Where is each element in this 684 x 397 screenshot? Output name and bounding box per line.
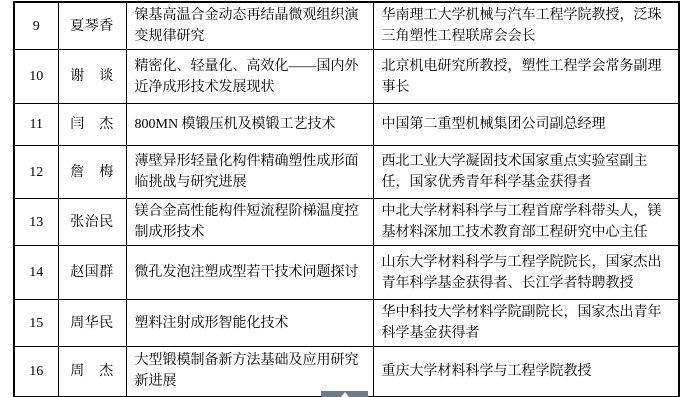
row-number-cell: 13 — [14, 199, 58, 246]
table-row: 13 张治民 镁合金高性能构件短流程阶梯温度控制成形技术 中北大学材料科学与工程… — [14, 199, 679, 246]
table-row: 14 赵国群 微孔发泡注塑成型若干技术问题探讨 山东大学材料科学与工程学院院长，… — [14, 246, 679, 300]
speaker-name-cell: 夏琴香 — [58, 2, 126, 50]
talk-title-cell: 微孔发泡注塑成型若干技术问题探讨 — [126, 246, 373, 300]
row-number-cell: 9 — [14, 2, 58, 50]
row-number-cell: 11 — [14, 104, 58, 146]
row-number-cell: 10 — [14, 50, 58, 104]
talk-title-cell: 800MN 模锻压机及模锻工艺技术 — [126, 104, 373, 146]
speakers-table-body: 9 夏琴香 镍基高温合金动态再结晶微观组织演变规律研究 华南理工大学机械与汽车工… — [14, 2, 679, 397]
row-number-cell: 12 — [14, 146, 58, 199]
talk-title-cell: 薄壁异形轻量化构件精确塑性成形面临挑战与研究进展 — [126, 146, 373, 199]
table-row: 11 闫 杰 800MN 模锻压机及模锻工艺技术 中国第二重型机械集团公司副总经… — [14, 104, 679, 146]
talk-title-cell: 镁合金高性能构件短流程阶梯温度控制成形技术 — [126, 199, 373, 246]
speaker-affiliation-cell: 西北工业大学凝固技术国家重点实验室副主任，国家优秀青年科学基金获得者 — [373, 146, 679, 199]
speaker-name-cell: 张治民 — [58, 199, 126, 246]
speaker-name-cell: 周 杰 — [58, 347, 126, 397]
talk-title-cell: 塑料注射成形智能化技术 — [126, 300, 373, 347]
table-row: 10 谢 谈 精密化、轻量化、高效化——国内外近净成形技术发展现状 北京机电研究… — [14, 50, 679, 104]
row-number-cell: 14 — [14, 246, 58, 300]
speaker-affiliation-cell: 华南理工大学机械与汽车工程学院教授，泛珠三角塑性工程联席会会长 — [373, 2, 679, 50]
speakers-table: 9 夏琴香 镍基高温合金动态再结晶微观组织演变规律研究 华南理工大学机械与汽车工… — [13, 1, 680, 397]
speaker-name-cell: 赵国群 — [58, 246, 126, 300]
table-row: 12 詹 梅 薄壁异形轻量化构件精确塑性成形面临挑战与研究进展 西北工业大学凝固… — [14, 146, 679, 199]
talk-title-cell: 镍基高温合金动态再结晶微观组织演变规律研究 — [126, 2, 373, 50]
talk-title-cell: 精密化、轻量化、高效化——国内外近净成形技术发展现状 — [126, 50, 373, 104]
speaker-affiliation-cell: 重庆大学材料科学与工程学院教授 — [373, 347, 679, 397]
table-row: 16 周 杰 大型锻模制备新方法基础及应用研究新进展 重庆大学材料科学与工程学院… — [14, 347, 679, 397]
table-row: 15 周华民 塑料注射成形智能化技术 华中科技大学材料学院副院长，国家杰出青年科… — [14, 300, 679, 347]
talk-title-cell: 大型锻模制备新方法基础及应用研究新进展 — [126, 347, 373, 397]
speaker-name-cell: 詹 梅 — [58, 146, 126, 199]
table-row: 9 夏琴香 镍基高温合金动态再结晶微观组织演变规律研究 华南理工大学机械与汽车工… — [14, 2, 679, 50]
speaker-affiliation-cell: 华中科技大学材料学院副院长，国家杰出青年科学基金获得者 — [373, 300, 679, 347]
speaker-affiliation-cell: 中北大学材料科学与工程首席学科带头人，镁基材料深加工技术教育部工程研究中心主任 — [373, 199, 679, 246]
row-number-cell: 16 — [14, 347, 58, 397]
speaker-name-cell: 周华民 — [58, 300, 126, 347]
chevron-up-icon — [341, 392, 349, 397]
speaker-name-cell: 谢 谈 — [58, 50, 126, 104]
speaker-name-cell: 闫 杰 — [58, 104, 126, 146]
expand-button[interactable] — [321, 391, 368, 397]
speaker-affiliation-cell: 北京机电研究所教授，塑性工程学会常务副理事长 — [373, 50, 679, 104]
speaker-affiliation-cell: 山东大学材料科学与工程学院院长，国家杰出青年科学基金获得者、长江学者特聘教授 — [373, 246, 679, 300]
row-number-cell: 15 — [14, 300, 58, 347]
speaker-affiliation-cell: 中国第二重型机械集团公司副总经理 — [373, 104, 679, 146]
